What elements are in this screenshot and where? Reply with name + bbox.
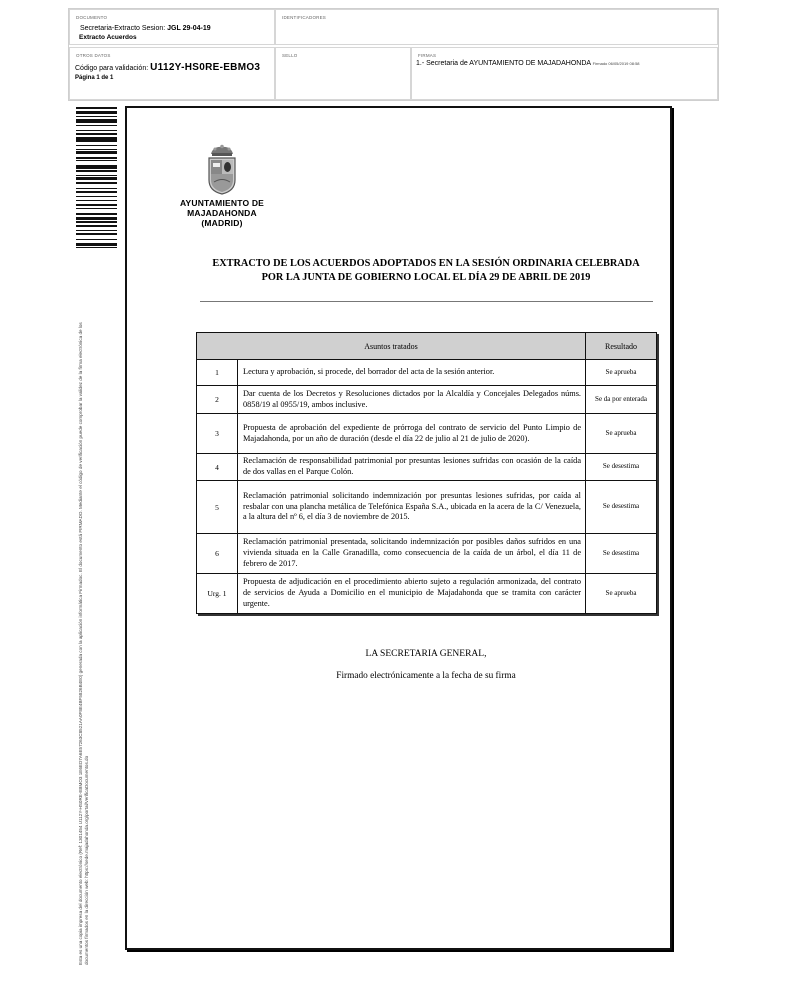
row-result: Se aprueba — [586, 414, 657, 454]
firma-entry: 1.- Secretaria de AYUNTAMIENTO DE MAJADA… — [416, 60, 640, 67]
row-number: 6 — [197, 534, 238, 574]
table-row: 5Reclamación patrimonial solicitando ind… — [197, 481, 657, 534]
otros-datos-cell: OTROS DATOS Código para validación: U112… — [69, 47, 275, 100]
table-row: 2Dar cuenta de los Decretos y Resolucion… — [197, 386, 657, 414]
verification-side-text: Esta es una copia impresa del documento … — [78, 305, 90, 965]
table-row: 6Reclamación patrimonial presentada, sol… — [197, 534, 657, 574]
documento-prefix: Secretaria-Extracto Sesion: — [80, 25, 165, 32]
row-number: 3 — [197, 414, 238, 454]
table-row: 4Reclamación de responsabilidad patrimon… — [197, 454, 657, 481]
org-line2: MAJADAHONDA — [168, 208, 276, 218]
row-number: Urg. 1 — [197, 574, 238, 614]
row-result: Se desestima — [586, 481, 657, 534]
firma-text: 1.- Secretaria de AYUNTAMIENTO DE MAJADA… — [416, 60, 591, 67]
validation-prefix: Código para validación: — [75, 65, 148, 72]
firmas-label: FIRMAS — [418, 53, 436, 58]
validation-code: U112Y-HS0RE-EBMO3 — [150, 62, 260, 73]
otros-datos-label: OTROS DATOS — [76, 53, 111, 58]
row-result: Se da por enterada — [586, 386, 657, 414]
table-row: Urg. 1Propuesta de adjudicación en el pr… — [197, 574, 657, 614]
coat-of-arms-icon — [203, 144, 241, 196]
agreements-table: Asuntos tratados Resultado 1Lectura y ap… — [196, 332, 657, 614]
org-line3: (MADRID) — [168, 218, 276, 228]
row-number: 1 — [197, 360, 238, 386]
row-description: Lectura y aprobación, si procede, del bo… — [238, 360, 586, 386]
title-line2: POR LA JUNTA DE GOBIERNO LOCAL EL DÍA 29… — [196, 271, 656, 285]
row-number: 2 — [197, 386, 238, 414]
document-info-header: DOCUMENTO Secretaria-Extracto Sesion: JG… — [68, 8, 719, 101]
document-title: EXTRACTO DE LOS ACUERDOS ADOPTADOS EN LA… — [196, 257, 656, 285]
signature-note: Firmado electrónicamente a la fecha de s… — [196, 671, 656, 681]
row-description: Propuesta de aprobación del expediente d… — [238, 414, 586, 454]
row-description: Reclamación patrimonial presentada, soli… — [238, 534, 586, 574]
firmas-cell: FIRMAS 1.- Secretaria de AYUNTAMIENTO DE… — [411, 47, 718, 100]
row-result: Se desestima — [586, 534, 657, 574]
identificadores-cell: IDENTIFICADORES — [275, 9, 718, 45]
validation-line: Código para validación: U112Y-HS0RE-EBMO… — [75, 62, 260, 73]
documento-session: JGL 29-04-19 — [167, 25, 210, 32]
identificadores-label: IDENTIFICADORES — [282, 15, 326, 20]
header-asuntos: Asuntos tratados — [197, 333, 586, 360]
page-info: Página 1 de 1 — [75, 75, 113, 81]
row-description: Reclamación patrimonial solicitando inde… — [238, 481, 586, 534]
row-description: Dar cuenta de los Decretos y Resolucione… — [238, 386, 586, 414]
title-line1: EXTRACTO DE LOS ACUERDOS ADOPTADOS EN LA… — [196, 257, 656, 271]
header-resultado: Resultado — [586, 333, 657, 360]
row-description: Reclamación de responsabilidad patrimoni… — [238, 454, 586, 481]
sello-label: SELLO — [282, 53, 298, 58]
documento-title: Secretaria-Extracto Sesion: JGL 29-04-19 — [80, 25, 211, 32]
row-result: Se aprueba — [586, 574, 657, 614]
row-number: 4 — [197, 454, 238, 481]
org-line1: AYUNTAMIENTO DE — [168, 198, 276, 208]
row-description: Propuesta de adjudicación en el procedim… — [238, 574, 586, 614]
table-header-row: Asuntos tratados Resultado — [197, 333, 657, 360]
organization-name: AYUNTAMIENTO DE MAJADAHONDA (MADRID) — [168, 198, 276, 228]
table-row: 3Propuesta de aprobación del expediente … — [197, 414, 657, 454]
table-row: 1Lectura y aprobación, si procede, del b… — [197, 360, 657, 386]
row-result: Se desestima — [586, 454, 657, 481]
barcode — [76, 107, 117, 275]
sello-cell: SELLO — [275, 47, 411, 100]
firma-date: Firmado 06/05/2019 08:58 — [593, 61, 640, 66]
documento-cell: DOCUMENTO Secretaria-Extracto Sesion: JG… — [69, 9, 275, 45]
row-result: Se aprueba — [586, 360, 657, 386]
title-divider — [200, 301, 653, 302]
documento-label: DOCUMENTO — [76, 15, 107, 20]
signature-title: LA SECRETARIA GENERAL, — [196, 649, 656, 659]
row-number: 5 — [197, 481, 238, 534]
documento-subtitle: Extracto Acuerdos — [79, 34, 137, 41]
